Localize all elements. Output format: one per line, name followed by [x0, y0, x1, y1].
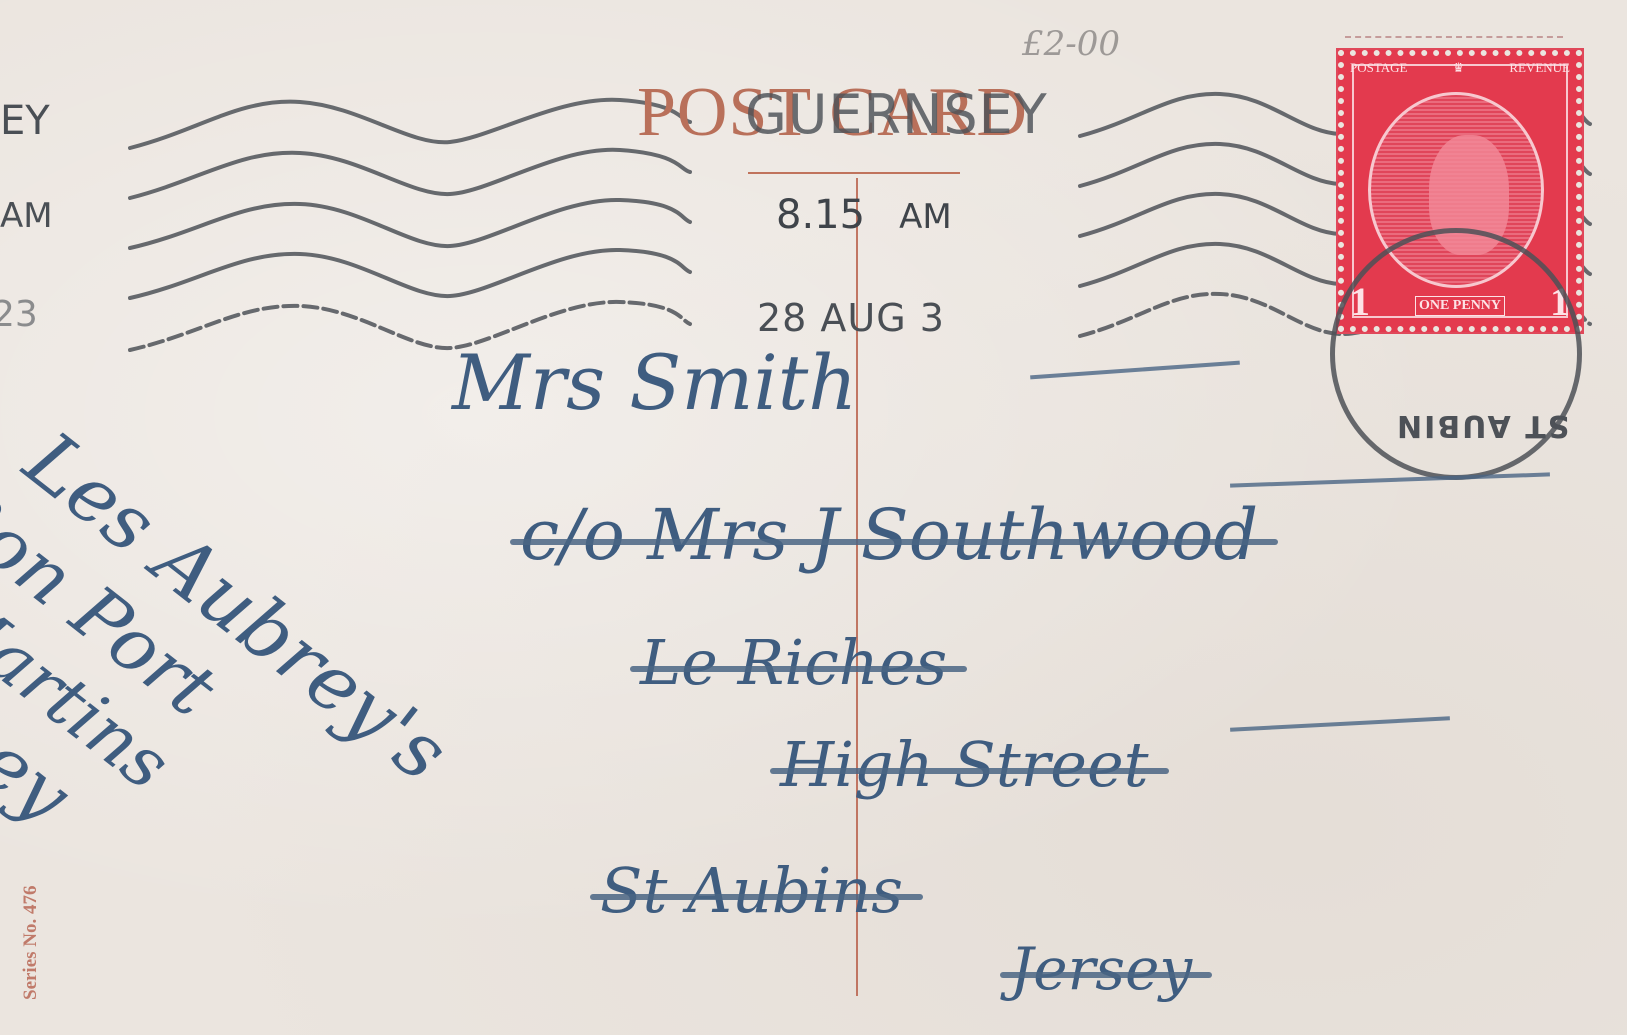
postmark-town: GUERNSEY	[745, 88, 1048, 142]
postmark-meridiem: AM	[899, 197, 952, 237]
postmark-left-year-fragment: 23	[0, 294, 38, 335]
address-line-house: Le Riches	[640, 632, 947, 694]
title-underline	[748, 172, 960, 174]
address-line-street: High Street	[780, 734, 1149, 796]
pencil-price-note: £2-00	[1022, 24, 1120, 64]
postmark-time: 8.15AM	[776, 192, 952, 238]
postmark-date: 28 AUG 3	[757, 296, 945, 340]
postmark-left-meridiem-fragment: AM	[0, 196, 53, 236]
postmark-time-value: 8.15	[776, 192, 865, 238]
crown-icon: ♛	[1453, 60, 1465, 76]
address-line-care-of: c/o Mrs J Southwood	[520, 500, 1258, 570]
address-line-town: St Aubins	[600, 860, 903, 922]
stamp-revenue-label: REVENUE	[1509, 60, 1570, 76]
stamp-top-labels: POSTAGE ♛ REVENUE	[1350, 60, 1570, 76]
address-line-island: Jersey	[1010, 940, 1192, 998]
postmark-left-town-fragment: EY	[0, 98, 50, 144]
address-line-recipient: Mrs Smith	[452, 345, 857, 421]
stamp-perforation-edge	[1345, 36, 1563, 38]
circular-datestamp-office: ST AUBIN	[1395, 408, 1569, 443]
series-number: Series No. 476	[20, 885, 42, 1000]
stamp-postage-label: POSTAGE	[1350, 60, 1407, 76]
postcard-back: POST CARD £2-00 GUERNSEY 8.15AM 28 AUG 3…	[0, 0, 1627, 1035]
